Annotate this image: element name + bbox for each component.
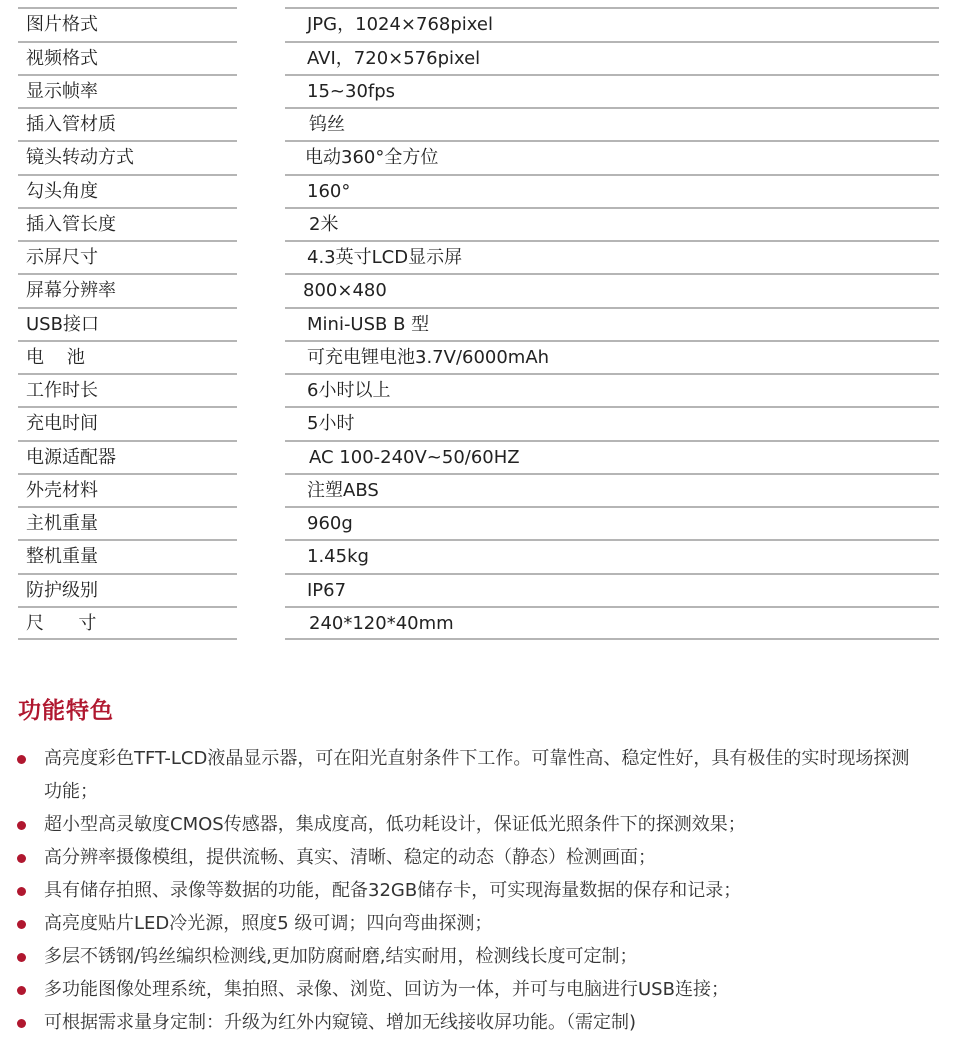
- spec-value: AVI，720×576pixel: [285, 41, 939, 74]
- feature-item: 高分辨率摄像模组，提供流畅、真实、清晰、稳定的动态（静态）检测画面；: [0, 841, 914, 874]
- spec-label: 防护级别: [18, 573, 237, 606]
- spec-value: 电动360°全方位: [285, 140, 939, 173]
- spec-value: 960g: [285, 506, 939, 539]
- spec-label: USB接口: [18, 307, 237, 340]
- spec-value: 800×480: [285, 273, 939, 306]
- feature-item: 多层不锈钢/钨丝编织检测线,更加防腐耐磨,结实耐用，检测线长度可定制；: [0, 940, 914, 973]
- spec-value: [285, 0, 939, 7]
- spec-row: 防护级别IP67: [0, 573, 960, 606]
- feature-item: 高亮度彩色TFT-LCD液晶显示器，可在阳光直射条件下工作。可靠性高、稳定性好，…: [0, 742, 914, 808]
- spec-value: 5小时: [285, 406, 939, 439]
- bullet-dot-icon: [17, 920, 26, 929]
- feature-item: 可根据需求量身定制：升级为红外内窥镜、增加无线接收屏功能。（需定制): [0, 1006, 914, 1039]
- spec-value: 注塑ABS: [285, 473, 939, 506]
- spec-row: 示屏尺寸4.3英寸LCD显示屏: [0, 240, 960, 273]
- spec-label: 主机重量: [18, 506, 237, 539]
- section-title-features: 功能特色: [18, 692, 114, 725]
- spec-row: 屏幕分辨率800×480: [0, 273, 960, 306]
- spec-label: 工作时长: [18, 373, 237, 406]
- table-divider: [285, 638, 939, 640]
- table-divider: [18, 638, 237, 640]
- bullet-dot-icon: [17, 887, 26, 896]
- spec-value: JPG，1024×768pixel: [285, 7, 939, 40]
- spec-label: 插入管长度: [18, 207, 237, 240]
- spec-row: USB接口Mini-USB B 型: [0, 307, 960, 340]
- spec-row: 镜头转动方式电动360°全方位: [0, 140, 960, 173]
- spec-label: 镜头转动方式: [18, 140, 237, 173]
- spec-row: 电 池可充电锂电池3.7V/6000mAh: [0, 340, 960, 373]
- spec-label: 电源适配器: [18, 440, 237, 473]
- spec-value: 240*120*40mm: [285, 606, 939, 639]
- spec-value: 可充电锂电池3.7V/6000mAh: [285, 340, 939, 373]
- bullet-dot-icon: [17, 1019, 26, 1028]
- spec-row: 勾头角度160°: [0, 174, 960, 207]
- spec-value: 1.45kg: [285, 539, 939, 572]
- bullet-dot-icon: [17, 821, 26, 830]
- spec-row: 工作时长6小时以上: [0, 373, 960, 406]
- spec-row: 显示帧率15~30fps: [0, 74, 960, 107]
- spec-row: 视频格式AVI，720×576pixel: [0, 41, 960, 74]
- feature-text: 具有储存拍照、录像等数据的功能，配备32GB储存卡，可实现海量数据的保存和记录；: [44, 880, 741, 901]
- spec-row: [0, 0, 960, 7]
- spec-label: 插入管材质: [18, 107, 237, 140]
- bullet-dot-icon: [17, 854, 26, 863]
- feature-text: 高亮度彩色TFT-LCD液晶显示器，可在阳光直射条件下工作。可靠性高、稳定性好，…: [44, 748, 909, 802]
- spec-value: 4.3英寸LCD显示屏: [285, 240, 939, 273]
- spec-row: 充电时间5小时: [0, 406, 960, 439]
- spec-row: 图片格式JPG，1024×768pixel: [0, 7, 960, 40]
- bullet-dot-icon: [17, 953, 26, 962]
- feature-text: 高亮度贴片LED冷光源，照度5 级可调；四向弯曲探测；: [44, 913, 492, 934]
- spec-value: 2米: [285, 207, 939, 240]
- feature-text: 多功能图像处理系统，集拍照、录像、浏览、回访为一体，并可与电脑进行USB连接；: [44, 979, 729, 1000]
- feature-item: 高亮度贴片LED冷光源，照度5 级可调；四向弯曲探测；: [0, 907, 914, 940]
- spec-row: 电源适配器AC 100-240V~50/60HZ: [0, 440, 960, 473]
- spec-value: 6小时以上: [285, 373, 939, 406]
- spec-label: 显示帧率: [18, 74, 237, 107]
- spec-label: 示屏尺寸: [18, 240, 237, 273]
- feature-item: 超小型高灵敏度CMOS传感器，集成度高，低功耗设计，保证低光照条件下的探测效果；: [0, 808, 914, 841]
- spec-value: 钨丝: [285, 107, 939, 140]
- spec-label: 屏幕分辨率: [18, 273, 237, 306]
- bullet-dot-icon: [17, 755, 26, 764]
- bullet-dot-icon: [17, 986, 26, 995]
- spec-label: 尺 寸: [18, 606, 237, 639]
- spec-value: 160°: [285, 174, 939, 207]
- feature-item: 多功能图像处理系统，集拍照、录像、浏览、回访为一体，并可与电脑进行USB连接；: [0, 973, 914, 1006]
- spec-label: 电 池: [18, 340, 237, 373]
- spec-row: 主机重量960g: [0, 506, 960, 539]
- spec-value: IP67: [285, 573, 939, 606]
- spec-row: 插入管材质钨丝: [0, 107, 960, 140]
- feature-list: 高亮度彩色TFT-LCD液晶显示器，可在阳光直射条件下工作。可靠性高、稳定性好，…: [0, 742, 960, 1039]
- spec-row: 插入管长度2米: [0, 207, 960, 240]
- spec-row: 整机重量1.45kg: [0, 539, 960, 572]
- feature-text: 高分辨率摄像模组，提供流畅、真实、清晰、稳定的动态（静态）检测画面；: [44, 847, 656, 868]
- feature-item: 具有储存拍照、录像等数据的功能，配备32GB储存卡，可实现海量数据的保存和记录；: [0, 874, 914, 907]
- spec-label: 视频格式: [18, 41, 237, 74]
- spec-label: 整机重量: [18, 539, 237, 572]
- feature-text: 多层不锈钢/钨丝编织检测线,更加防腐耐磨,结实耐用，检测线长度可定制；: [44, 946, 638, 967]
- spec-label: 外壳材料: [18, 473, 237, 506]
- spec-row: 外壳材料注塑ABS: [0, 473, 960, 506]
- spec-value: 15~30fps: [285, 74, 939, 107]
- spec-label: 图片格式: [18, 7, 237, 40]
- spec-label: 勾头角度: [18, 174, 237, 207]
- feature-text: 可根据需求量身定制：升级为红外内窥镜、增加无线接收屏功能。（需定制): [44, 1012, 636, 1033]
- spec-label: 充电时间: [18, 406, 237, 439]
- spec-row: 尺 寸240*120*40mm: [0, 606, 960, 639]
- spec-label: [18, 0, 237, 7]
- feature-text: 超小型高灵敏度CMOS传感器，集成度高，低功耗设计，保证低光照条件下的探测效果；: [44, 814, 746, 835]
- spec-value: Mini-USB B 型: [285, 307, 939, 340]
- spec-value: AC 100-240V~50/60HZ: [285, 440, 939, 473]
